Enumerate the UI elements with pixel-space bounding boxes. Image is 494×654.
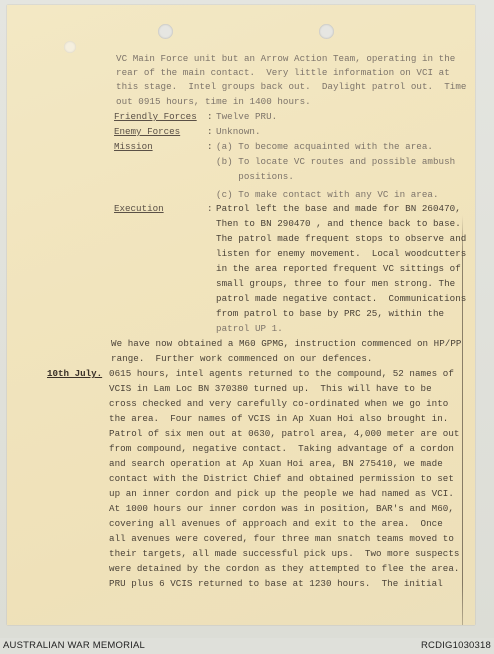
entry-date-label: 10th July. — [47, 368, 102, 379]
intro-line: this stage. Intel groups back out. Dayli… — [116, 81, 467, 92]
colon-separator: : — [207, 203, 213, 214]
execution-line: patrol UP 1. — [216, 323, 283, 334]
punch-hole-right-icon — [319, 24, 334, 39]
mission-label: Mission — [114, 141, 153, 152]
intro-line: rear of the main contact. Very little in… — [116, 67, 450, 78]
execution-line: The patrol made frequent stops to observ… — [216, 233, 466, 244]
entry-line: from compound, negative contact. Taking … — [109, 443, 454, 454]
enemy-forces-label: Enemy Forces — [114, 126, 180, 137]
execution-line: Then to BN 290470 , and thence back to b… — [216, 218, 461, 229]
colon-separator: : — [207, 111, 213, 122]
entry-line: At 1000 hours our inner cordon was in po… — [109, 503, 454, 514]
intro-line: VC Main Force unit but an Arrow Action T… — [116, 53, 455, 64]
execution-line: from patrol to base by PRC 25, within th… — [216, 308, 444, 319]
weapons-paragraph-line: range. Further work commenced on our def… — [111, 353, 372, 364]
execution-line: patrol made negative contact. Communicat… — [216, 293, 466, 304]
execution-line: Patrol left the base and made for BN 260… — [216, 203, 461, 214]
intro-line: out 0915 hours, time in 1400 hours. — [116, 96, 311, 107]
entry-line: all avenues were covered, four three man… — [109, 533, 454, 544]
execution-line: in the area reported frequent VC sitting… — [216, 263, 461, 274]
entry-line: were detained by the cordon as they atte… — [109, 563, 460, 574]
friendly-forces-value: Twelve PRU. — [216, 111, 277, 122]
entry-line: the area. Four names of VCIS in Ap Xuan … — [109, 413, 448, 424]
entry-line: VCIS in Lam Loc BN 370380 turned up. Thi… — [109, 383, 432, 394]
entry-line: and search operation at Ap Xuan Hoi area… — [109, 458, 443, 469]
entry-line: covering all avenues of approach and exi… — [109, 518, 443, 529]
entry-line: up an inner cordon and pick up the peopl… — [109, 488, 454, 499]
friendly-forces-label: Friendly Forces — [114, 111, 197, 122]
colon-separator: : — [207, 126, 213, 137]
archive-reference-id: RCDIG1030318 — [421, 640, 491, 651]
entry-line: 0615 hours, intel agents returned to the… — [109, 368, 454, 379]
enemy-forces-value: Unknown. — [216, 126, 261, 137]
execution-label: Execution — [114, 203, 164, 214]
execution-line: listen for enemy movement. Local woodcut… — [216, 248, 466, 259]
weapons-paragraph-line: We have now obtained a M60 GPMG, instruc… — [111, 338, 462, 349]
entry-line: PRU plus 6 VCIS returned to base at 1230… — [109, 578, 443, 589]
punch-hole-left-icon — [158, 24, 173, 39]
entry-line: their targets, all made successful pick … — [109, 548, 460, 559]
mission-item: positions. — [216, 171, 294, 182]
entry-line: contact with the District Chief and obta… — [109, 473, 454, 484]
colon-separator: : — [207, 141, 213, 152]
execution-line: small groups, three to four men strong. … — [216, 278, 455, 289]
mission-item: (b) To locate VC routes and possible amb… — [216, 156, 455, 167]
entry-line: Patrol of six men out at 0630, patrol ar… — [109, 428, 460, 439]
mission-item: (a) To become acquainted with the area. — [216, 141, 433, 152]
margin-rule-line — [462, 215, 463, 625]
archive-credit-label: AUSTRALIAN WAR MEMORIAL — [3, 640, 145, 651]
entry-line: cross checked and very carefully co-ordi… — [109, 398, 448, 409]
paper-tear-mark-icon — [64, 41, 76, 53]
mission-item: (c) To make contact with any VC in area. — [216, 189, 439, 200]
